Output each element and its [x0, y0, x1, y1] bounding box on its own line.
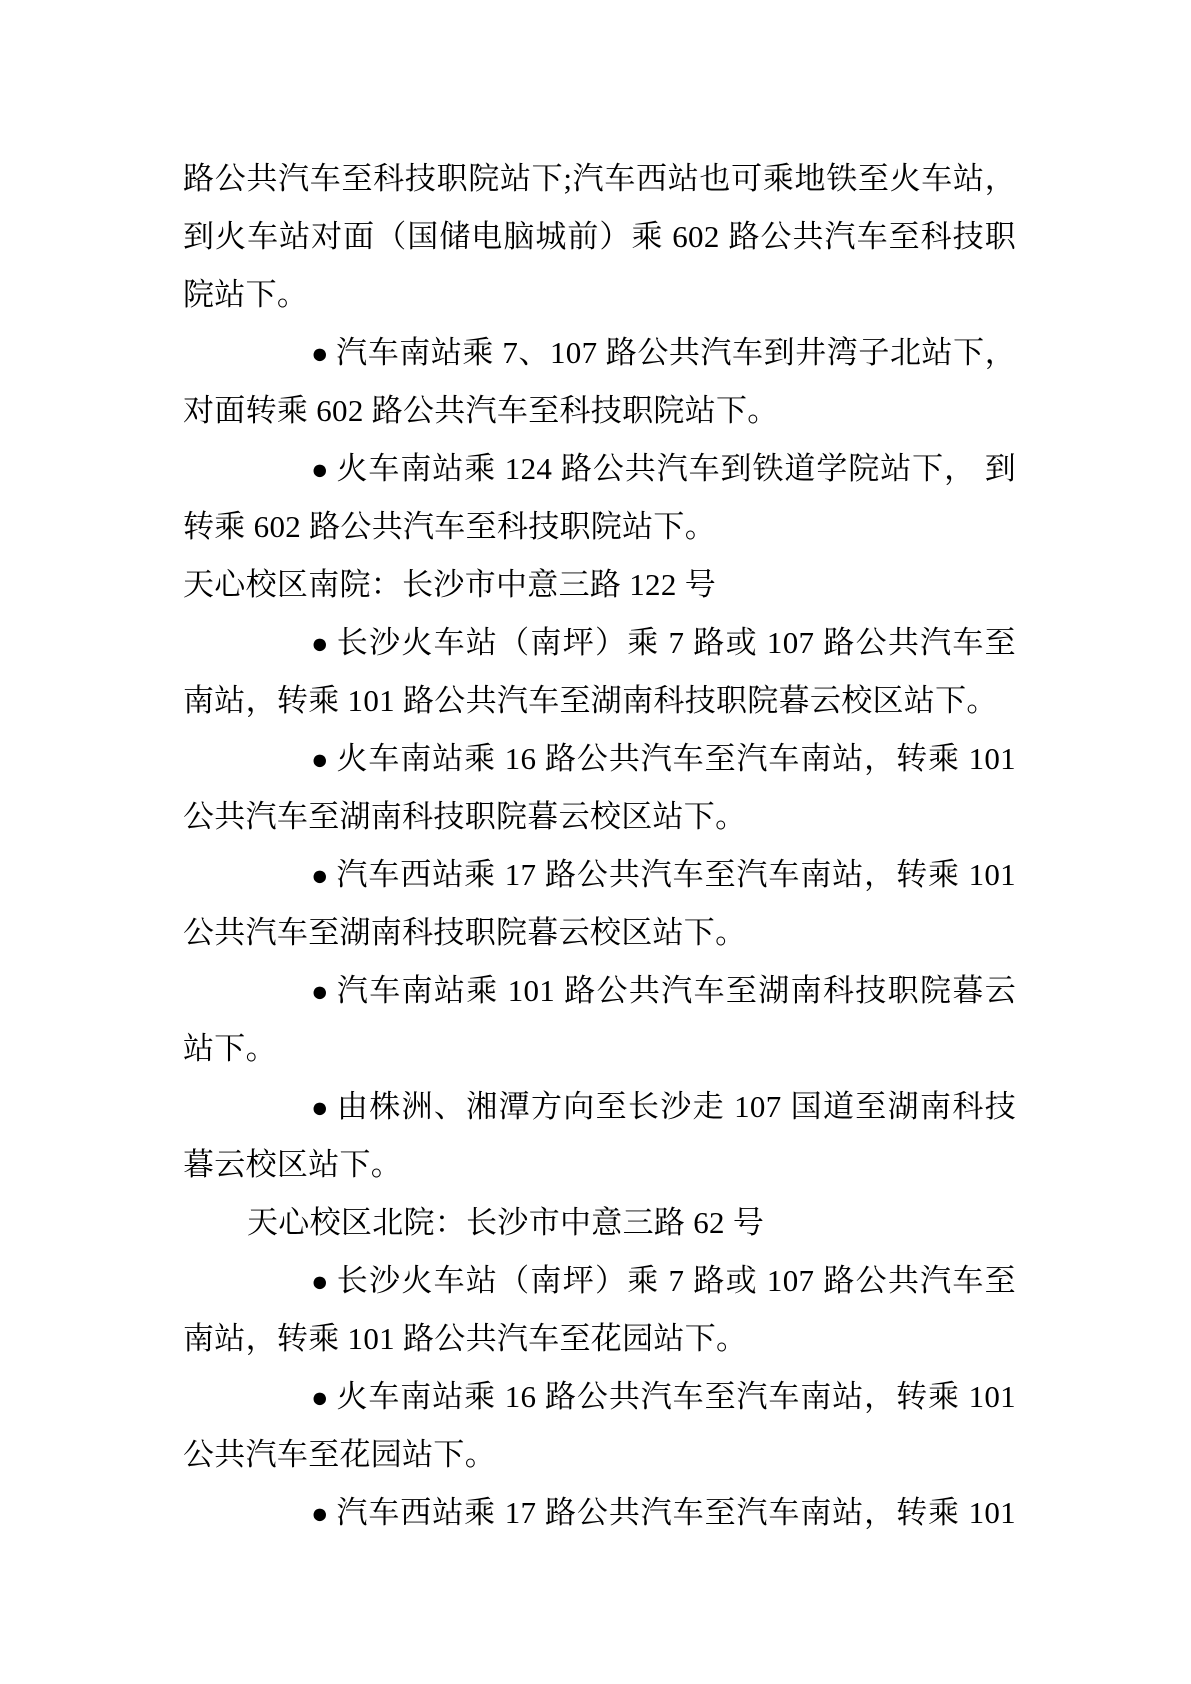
text-line: ●火车南站乘 124 路公共汽车到铁道学院站下， 到对面	[183, 440, 1016, 498]
text-line: 公共汽车至花园站下。	[183, 1426, 1016, 1484]
bullet-icon: ●	[247, 1079, 329, 1136]
text-line: ●汽车南站乘 101 路公共汽车至湖南科技职院暮云校区	[183, 962, 1016, 1020]
line-text: 对面转乘 602 路公共汽车至科技职院站下。	[183, 393, 779, 428]
text-line: 南站，转乘 101 路公共汽车至花园站下。	[183, 1310, 1016, 1368]
text-line: ●火车南站乘 16 路公共汽车至汽车南站，转乘 101 路	[183, 1368, 1016, 1426]
text-line: ●汽车南站乘 7、107 路公共汽车到井湾子北站下， 到	[183, 324, 1016, 382]
bullet-icon: ●	[247, 1369, 329, 1426]
bullet-icon: ●	[247, 731, 329, 788]
line-text: 院站下。	[183, 277, 308, 312]
text-line: 公共汽车至湖南科技职院暮云校区站下。	[183, 904, 1016, 962]
bullet-icon: ●	[247, 441, 329, 498]
text-line: 转乘 602 路公共汽车至科技职院站下。	[183, 498, 1016, 556]
bullet-icon: ●	[247, 847, 329, 904]
text-line: 站下。	[183, 1020, 1016, 1078]
bullet-icon: ●	[247, 325, 329, 382]
text-line: ●汽车西站乘 17 路公共汽车至汽车南站，转乘 101 路	[183, 1484, 1016, 1542]
text-line: ●长沙火车站（南坪）乘 7 路或 107 路公共汽车至汽车	[183, 614, 1016, 672]
text-line: ●汽车西站乘 17 路公共汽车至汽车南站，转乘 101 路	[183, 846, 1016, 904]
line-text: 路公共汽车至科技职院站下;汽车西站也可乘地铁至火车站，	[183, 161, 1016, 196]
text-line: 院站下。	[183, 266, 1016, 324]
text-line: 对面转乘 602 路公共汽车至科技职院站下。	[183, 382, 1016, 440]
line-text: 转乘 602 路公共汽车至科技职院站下。	[183, 509, 716, 544]
text-line: 路公共汽车至科技职院站下;汽车西站也可乘地铁至火车站，	[183, 150, 1016, 208]
line-text: 南站，转乘 101 路公共汽车至湖南科技职院暮云校区站下。	[183, 683, 998, 718]
line-text: 天心校区南院：长沙市中意三路 122 号	[183, 567, 716, 602]
text-line: 到火车站对面（国储电脑城前）乘 602 路公共汽车至科技职	[183, 208, 1016, 266]
bullet-icon: ●	[247, 615, 329, 672]
line-text: 公共汽车至湖南科技职院暮云校区站下。	[183, 799, 746, 834]
line-text: 南站，转乘 101 路公共汽车至花园站下。	[183, 1321, 747, 1356]
line-text: 暮云校区站下。	[183, 1147, 402, 1182]
line-text: 公共汽车至湖南科技职院暮云校区站下。	[183, 915, 746, 950]
text-line: ●长沙火车站（南坪）乘 7 路或 107 路公共汽车至汽车	[183, 1252, 1016, 1310]
text-line: 南站，转乘 101 路公共汽车至湖南科技职院暮云校区站下。	[183, 672, 1016, 730]
line-text: 到火车站对面（国储电脑城前）乘 602 路公共汽车至科技职	[183, 219, 1016, 254]
bullet-icon: ●	[247, 1253, 329, 1310]
text-line: ●由株洲、湘潭方向至长沙走 107 国道至湖南科技职院	[183, 1078, 1016, 1136]
bullet-icon: ●	[247, 963, 329, 1020]
text-line: 天心校区北院：长沙市中意三路 62 号	[183, 1194, 1016, 1252]
text-line: 公共汽车至湖南科技职院暮云校区站下。	[183, 788, 1016, 846]
text-line: ●火车南站乘 16 路公共汽车至汽车南站，转乘 101 路	[183, 730, 1016, 788]
document-page: 路公共汽车至科技职院站下;汽车西站也可乘地铁至火车站， 到火车站对面（国储电脑城…	[0, 0, 1191, 1684]
document-body: 路公共汽车至科技职院站下;汽车西站也可乘地铁至火车站， 到火车站对面（国储电脑城…	[183, 150, 1016, 1542]
bullet-icon: ●	[247, 1485, 329, 1542]
text-line: 天心校区南院：长沙市中意三路 122 号	[183, 556, 1016, 614]
text-line: 暮云校区站下。	[183, 1136, 1016, 1194]
line-text: 站下。	[183, 1031, 277, 1066]
line-text: 公共汽车至花园站下。	[183, 1437, 496, 1472]
line-text: 天心校区北院：长沙市中意三路 62 号	[247, 1205, 764, 1240]
